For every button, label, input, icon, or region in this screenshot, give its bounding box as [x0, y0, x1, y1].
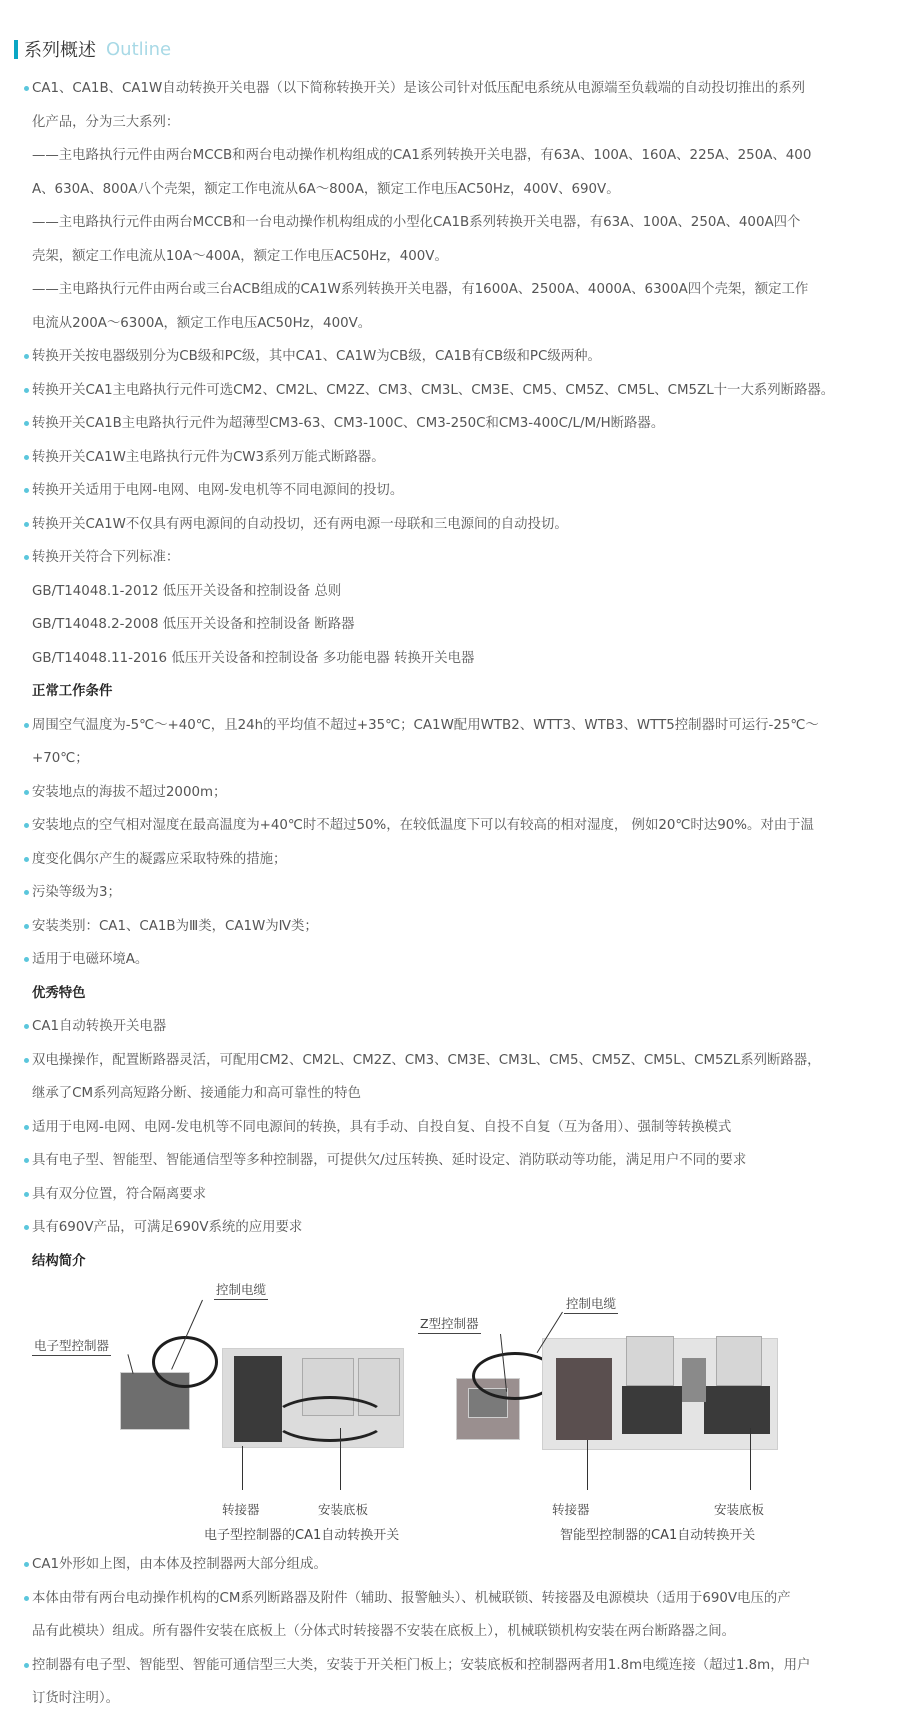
bullet-dot-icon [24, 1225, 29, 1230]
paragraph-list-after: CA1外形如上图，由本体及控制器两大部分组成。本体由带有两台电动操作机构的CM系… [22, 1548, 882, 1716]
section-heading: 系列概述 Outline [14, 37, 171, 61]
bullet-dot-icon [24, 1192, 29, 1197]
heading-accent-bar [14, 40, 18, 59]
list-item-continuation: GB/T14048.11-2016 低压开关设备和控制设备 多功能电器 转换开关… [22, 642, 882, 676]
bullet-dot-icon [24, 1058, 29, 1063]
article-body: CA1、CA1B、CA1W自动转换开关电器（以下简称转换开关）是该公司针对低压配… [22, 72, 882, 1716]
bullet-dot-icon [24, 823, 29, 828]
controller-module-image [626, 1336, 674, 1386]
breaker-image [622, 1386, 682, 1434]
paragraph-text: 适用于电网-电网、电网-发电机等不同电源间的转换，具有手动、自投自复、自投不自复… [32, 1120, 731, 1135]
paragraph-text: 结构简介 [32, 1254, 86, 1269]
list-item: 控制器有电子型、智能型、智能可通信型三大类，安装于开关柜门板上；安装底板和控制器… [22, 1649, 882, 1683]
bullet-dot-icon [24, 890, 29, 895]
list-item: 安装地点的海拔不超过2000m； [22, 776, 882, 810]
list-item: 具有双分位置，符合隔离要求 [22, 1178, 882, 1212]
list-item: CA1外形如上图，由本体及控制器两大部分组成。 [22, 1548, 882, 1582]
list-item: 适用于电磁环境A。 [22, 943, 882, 977]
label-z-controller: Z型控制器 [418, 1314, 481, 1334]
paragraph-text: 转换开关CA1主电路执行元件可选CM2、CM2L、CM2Z、CM3、CM3L、C… [32, 383, 834, 398]
paragraph-text: 污染等级为3； [32, 885, 121, 900]
paragraph-text: 转换开关CA1W主电路执行元件为CW3系列万能式断路器。 [32, 450, 385, 465]
paragraph-text: 继承了CM系列高短路分断、接通能力和高可靠性的特色 [32, 1086, 361, 1101]
label-control-cable-right: 控制电缆 [564, 1294, 618, 1314]
paragraph-text: 优秀特色 [32, 986, 86, 1001]
adapter-image [556, 1358, 612, 1440]
paragraph-text: 转换开关CA1W不仅具有两电源间的自动投切，还有两电源一母联和三电源间的自动投切… [32, 517, 568, 532]
list-item: 安装类别：CA1、CA1B为Ⅲ类，CA1W为Ⅳ类； [22, 910, 882, 944]
paragraph-text: ——主电路执行元件由两台MCCB和两台电动操作机构组成的CA1系列转换开关电器，… [32, 148, 811, 163]
list-item: 安装地点的空气相对湿度在最高温度为+40℃时不超过50%，在较低温度下可以有较高… [22, 809, 882, 843]
subsection-heading: 结构简介 [22, 1245, 882, 1279]
paragraph-text: 化产品，分为三大系列： [32, 115, 179, 130]
bullet-dot-icon [24, 790, 29, 795]
caption-right: 智能型控制器的CA1自动转换开关 [560, 1524, 755, 1543]
paragraph-text: 转换开关按电器级别分为CB级和PC级，其中CA1、CA1W为CB级，CA1B有C… [32, 349, 601, 364]
structure-figure: 电子型控制器 控制电缆 转接器 安装底板 电子型控制器的CA1自动转换开关 Z型… [22, 1278, 882, 1548]
bullet-dot-icon [24, 421, 29, 426]
bullet-dot-icon [24, 388, 29, 393]
paragraph-text: 具有电子型、智能型、智能通信型等多种控制器，可提供欠/过压转换、延时设定、消防联… [32, 1153, 746, 1168]
list-item: 具有电子型、智能型、智能通信型等多种控制器，可提供欠/过压转换、延时设定、消防联… [22, 1144, 882, 1178]
list-item: 转换开关符合下列标准： [22, 541, 882, 575]
label-base-right: 安装底板 [714, 1500, 764, 1518]
paragraph-text: A、630A、800A八个壳架，额定工作电流从6A～800A，额定工作电压AC5… [32, 182, 620, 197]
paragraph-text: 订货时注明）。 [32, 1691, 119, 1706]
paragraph-text: 品有此模块）组成。所有器件安装在底板上（分体式时转接器不安装在底板上），机械联锁… [32, 1624, 735, 1639]
label-base-left: 安装底板 [318, 1500, 368, 1518]
list-item: 双电操操作，配置断路器灵活，可配用CM2、CM2L、CM2Z、CM3、CM3E、… [22, 1044, 882, 1078]
list-item-continuation: GB/T14048.2-2008 低压开关设备和控制设备 断路器 [22, 608, 882, 642]
list-item: CA1、CA1B、CA1W自动转换开关电器（以下简称转换开关）是该公司针对低压配… [22, 72, 882, 106]
list-item-continuation: ——主电路执行元件由两台或三台ACB组成的CA1W系列转换开关电器，有1600A… [22, 273, 882, 307]
paragraph-text: 正常工作条件 [32, 684, 112, 699]
bullet-dot-icon [24, 522, 29, 527]
controller-module-image [716, 1336, 762, 1386]
paragraph-text: GB/T14048.2-2008 低压开关设备和控制设备 断路器 [32, 617, 355, 632]
label-adapter-right: 转接器 [552, 1500, 590, 1518]
bullet-dot-icon [24, 1596, 29, 1601]
list-item: 度变化偶尔产生的凝露应采取特殊的措施； [22, 843, 882, 877]
paragraph-text: 转换开关适用于电网-电网、电网-发电机等不同电源间的投切。 [32, 483, 403, 498]
bullet-dot-icon [24, 1562, 29, 1567]
interlock-image [682, 1358, 706, 1402]
paragraph-text: CA1自动转换开关电器 [32, 1019, 166, 1034]
label-control-cable-left: 控制电缆 [214, 1280, 268, 1300]
list-item-continuation: 订货时注明）。 [22, 1682, 882, 1716]
label-electronic-controller: 电子型控制器 [32, 1336, 111, 1356]
paragraph-text: 适用于电磁环境A。 [32, 952, 148, 967]
caption-left: 电子型控制器的CA1自动转换开关 [204, 1524, 399, 1543]
leader-line [587, 1440, 588, 1490]
list-item-continuation: ——主电路执行元件由两台MCCB和两台电动操作机构组成的CA1系列转换开关电器，… [22, 139, 882, 173]
label-adapter-left: 转接器 [222, 1500, 260, 1518]
bullet-dot-icon [24, 354, 29, 359]
paragraph-text: 双电操操作，配置断路器灵活，可配用CM2、CM2L、CM2Z、CM3、CM3E、… [32, 1053, 821, 1068]
breaker-image [704, 1386, 770, 1434]
cable-image [272, 1396, 388, 1442]
paragraph-text: ——主电路执行元件由两台或三台ACB组成的CA1W系列转换开关电器，有1600A… [32, 282, 808, 297]
paragraph-text: GB/T14048.1-2012 低压开关设备和控制设备 总则 [32, 584, 341, 599]
bullet-dot-icon [24, 957, 29, 962]
list-item-continuation: 继承了CM系列高短路分断、接通能力和高可靠性的特色 [22, 1077, 882, 1111]
adapter-image [234, 1356, 282, 1442]
bullet-dot-icon [24, 723, 29, 728]
bullet-dot-icon [24, 924, 29, 929]
subsection-heading: 优秀特色 [22, 977, 882, 1011]
list-item-continuation: GB/T14048.1-2012 低压开关设备和控制设备 总则 [22, 575, 882, 609]
list-item: 转换开关CA1主电路执行元件可选CM2、CM2L、CM2Z、CM3、CM3L、C… [22, 374, 882, 408]
list-item-continuation: 壳架，额定工作电流从10A～400A，额定工作电压AC50Hz，400V。 [22, 240, 882, 274]
paragraph-text: GB/T14048.11-2016 低压开关设备和控制设备 多功能电器 转换开关… [32, 651, 474, 666]
paragraph-text: 具有双分位置，符合隔离要求 [32, 1187, 206, 1202]
list-item-continuation: 化产品，分为三大系列： [22, 106, 882, 140]
paragraph-text: 度变化偶尔产生的凝露应采取特殊的措施； [32, 852, 286, 867]
leader-line [340, 1428, 341, 1490]
bullet-dot-icon [24, 1663, 29, 1668]
bullet-dot-icon [24, 455, 29, 460]
paragraph-text: 具有690V产品，可满足690V系统的应用要求 [32, 1220, 302, 1235]
paragraph-text: 周围空气温度为-5℃～+40℃，且24h的平均值不超过+35℃；CA1W配用WT… [32, 718, 819, 733]
list-item-continuation: ——主电路执行元件由两台MCCB和一台电动操作机构组成的小型化CA1B系列转换开… [22, 206, 882, 240]
list-item: 转换开关CA1B主电路执行元件为超薄型CM3-63、CM3-100C、CM3-2… [22, 407, 882, 441]
list-item: 具有690V产品，可满足690V系统的应用要求 [22, 1211, 882, 1245]
paragraph-text: 安装地点的空气相对湿度在最高温度为+40℃时不超过50%，在较低温度下可以有较高… [32, 818, 814, 833]
list-item: 转换开关CA1W不仅具有两电源间的自动投切，还有两电源一母联和三电源间的自动投切… [22, 508, 882, 542]
list-item-continuation: 电流从200A～6300A，额定工作电压AC50Hz，400V。 [22, 307, 882, 341]
bullet-dot-icon [24, 1125, 29, 1130]
paragraph-text: 安装类别：CA1、CA1B为Ⅲ类，CA1W为Ⅳ类； [32, 919, 318, 934]
paragraph-text: 转换开关符合下列标准： [32, 550, 179, 565]
bullet-dot-icon [24, 1024, 29, 1029]
list-item: 本体由带有两台电动操作机构的CM系列断路器及附件（辅助、报警触头）、机械联锁、转… [22, 1582, 882, 1616]
paragraph-text: +70℃； [32, 751, 89, 766]
bullet-dot-icon [24, 857, 29, 862]
leader-line [750, 1428, 751, 1490]
list-item: 转换开关CA1W主电路执行元件为CW3系列万能式断路器。 [22, 441, 882, 475]
paragraph-text: 本体由带有两台电动操作机构的CM系列断路器及附件（辅助、报警触头）、机械联锁、转… [32, 1591, 791, 1606]
list-item-continuation: A、630A、800A八个壳架，额定工作电流从6A～800A，额定工作电压AC5… [22, 173, 882, 207]
paragraph-text: 壳架，额定工作电流从10A～400A，额定工作电压AC50Hz，400V。 [32, 249, 448, 264]
list-item: CA1自动转换开关电器 [22, 1010, 882, 1044]
bullet-dot-icon [24, 1158, 29, 1163]
list-item: 转换开关按电器级别分为CB级和PC级，其中CA1、CA1W为CB级，CA1B有C… [22, 340, 882, 374]
list-item: 转换开关适用于电网-电网、电网-发电机等不同电源间的投切。 [22, 474, 882, 508]
list-item: 适用于电网-电网、电网-发电机等不同电源间的转换，具有手动、自投自复、自投不自复… [22, 1111, 882, 1145]
list-item-continuation: 品有此模块）组成。所有器件安装在底板上（分体式时转接器不安装在底板上），机械联锁… [22, 1615, 882, 1649]
subsection-heading: 正常工作条件 [22, 675, 882, 709]
list-item: 污染等级为3； [22, 876, 882, 910]
paragraph-text: 安装地点的海拔不超过2000m； [32, 785, 226, 800]
paragraph-text: ——主电路执行元件由两台MCCB和一台电动操作机构组成的小型化CA1B系列转换开… [32, 215, 800, 230]
leader-line [242, 1446, 243, 1490]
cable-image [152, 1336, 218, 1388]
leader-line [127, 1354, 133, 1374]
bullet-dot-icon [24, 86, 29, 91]
heading-title: 系列概述 [24, 36, 96, 62]
bullet-dot-icon [24, 555, 29, 560]
bullet-dot-icon [24, 488, 29, 493]
paragraph-text: 电流从200A～6300A，额定工作电压AC50Hz，400V。 [32, 316, 371, 331]
paragraph-text: CA1外形如上图，由本体及控制器两大部分组成。 [32, 1557, 327, 1572]
paragraph-text: 控制器有电子型、智能型、智能可通信型三大类，安装于开关柜门板上；安装底板和控制器… [32, 1658, 810, 1673]
list-item-continuation: +70℃； [22, 742, 882, 776]
heading-subtitle: Outline [106, 39, 171, 60]
list-item: 周围空气温度为-5℃～+40℃，且24h的平均值不超过+35℃；CA1W配用WT… [22, 709, 882, 743]
paragraph-list: CA1、CA1B、CA1W自动转换开关电器（以下简称转换开关）是该公司针对低压配… [22, 72, 882, 1278]
paragraph-text: 转换开关CA1B主电路执行元件为超薄型CM3-63、CM3-100C、CM3-2… [32, 416, 664, 431]
paragraph-text: CA1、CA1B、CA1W自动转换开关电器（以下简称转换开关）是该公司针对低压配… [32, 81, 805, 96]
